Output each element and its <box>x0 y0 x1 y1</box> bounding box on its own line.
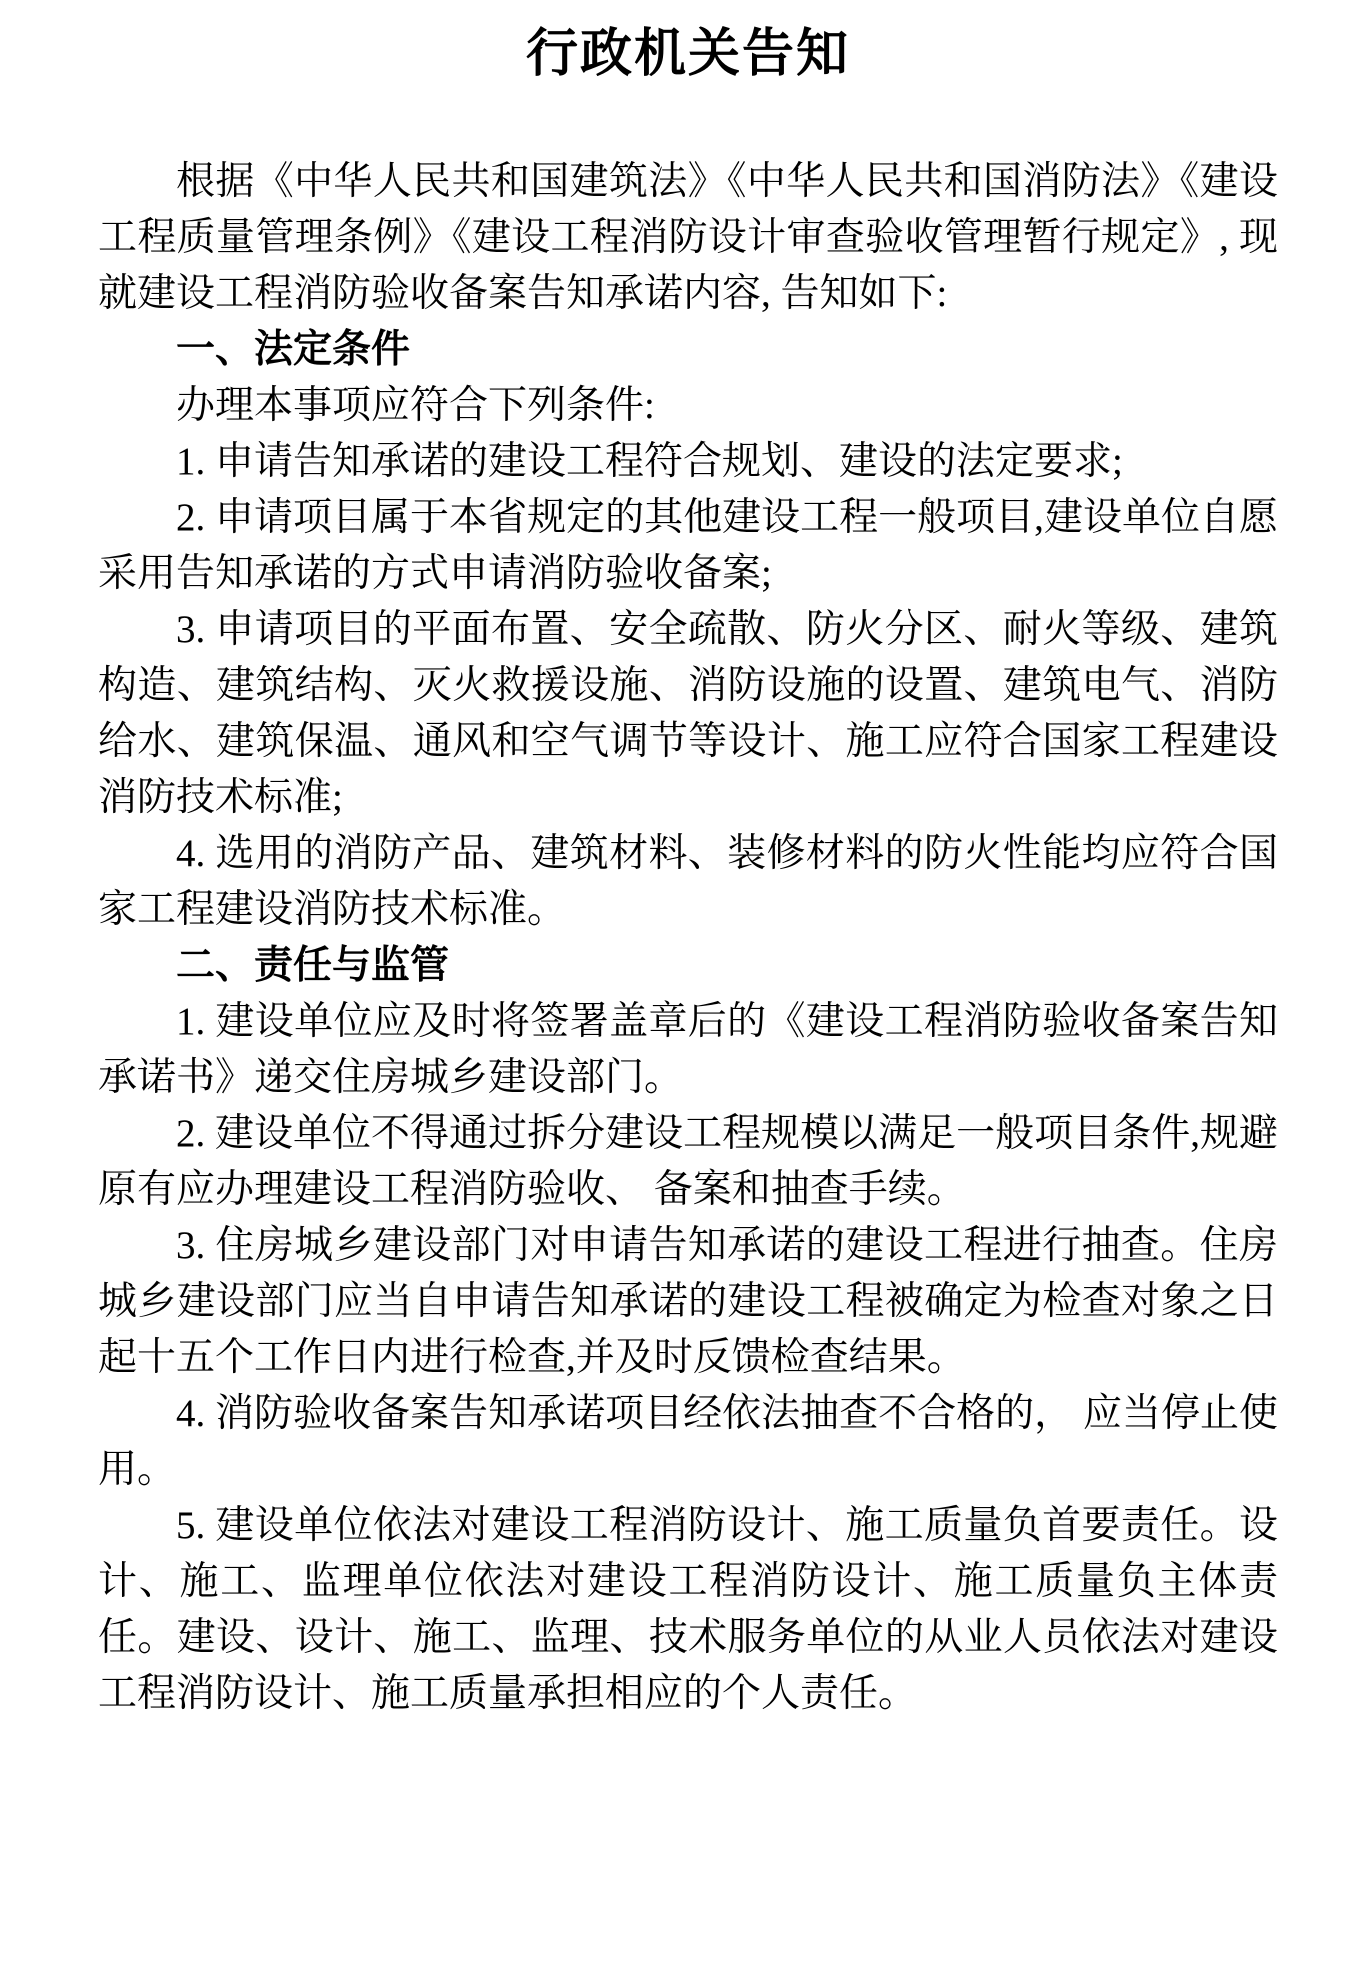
paragraph-intro: 根据《中华人民共和国建筑法》《中华人民共和国消防法》《建设工程质量管理条例》《建… <box>98 154 1278 322</box>
paragraph-responsibility-3: 3. 住房城乡建设部门对申请告知承诺的建设工程进行抽查。住房城乡建设部门应当自申… <box>98 1218 1278 1386</box>
paragraph-condition-1: 1. 申请告知承诺的建设工程符合规划、建设的法定要求; <box>98 434 1278 490</box>
paragraph-condition-4: 4. 选用的消防产品、建筑材料、装修材料的防火性能均应符合国家工程建设消防技术标… <box>98 826 1278 938</box>
paragraph-responsibility-5: 5. 建设单位依法对建设工程消防设计、施工质量负首要责任。设计、施工、监理单位依… <box>98 1498 1278 1722</box>
page-title: 行政机关告知 <box>98 26 1278 84</box>
paragraph-conditions-lead: 办理本事项应符合下列条件: <box>98 378 1278 434</box>
section-heading-responsibility-supervision: 二、责任与监管 <box>98 938 1278 994</box>
section-heading-legal-conditions: 一、法定条件 <box>98 322 1278 378</box>
paragraph-responsibility-1: 1. 建设单位应及时将签署盖章后的《建设工程消防验收备案告知承诺书》递交住房城乡… <box>98 994 1278 1106</box>
document-page: 行政机关告知 根据《中华人民共和国建筑法》《中华人民共和国消防法》《建设工程质量… <box>0 0 1364 1962</box>
paragraph-condition-3: 3. 申请项目的平面布置、安全疏散、防火分区、耐火等级、建筑构造、建筑结构、灭火… <box>98 602 1278 826</box>
paragraph-responsibility-4: 4. 消防验收备案告知承诺项目经依法抽查不合格的， 应当停止使用。 <box>98 1386 1278 1498</box>
paragraph-responsibility-2: 2. 建设单位不得通过拆分建设工程规模以满足一般项目条件,规避原有应办理建设工程… <box>98 1106 1278 1218</box>
paragraph-condition-2: 2. 申请项目属于本省规定的其他建设工程一般项目,建设单位自愿采用告知承诺的方式… <box>98 490 1278 602</box>
